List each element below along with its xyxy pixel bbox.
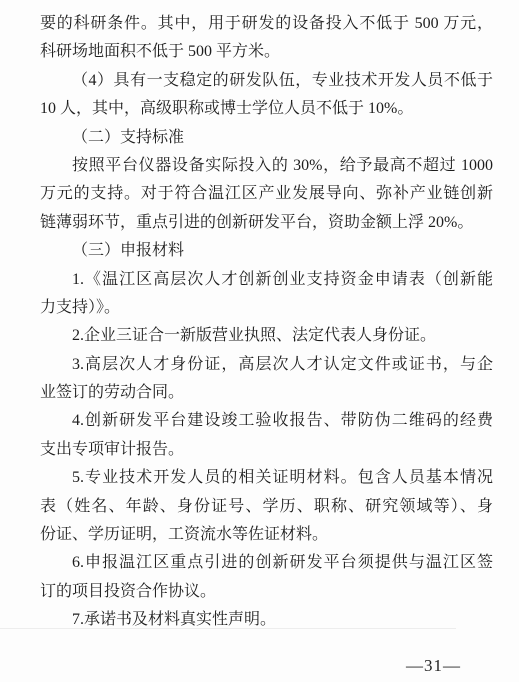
document-body: 要的科研条件。其中，用于研发的设备投入不低于 500 万元，科研场地面积不低于 …: [40, 10, 493, 635]
document-line: 要的科研条件。其中，用于研发的设备投入不低于 500 万元，: [40, 10, 493, 38]
document-line: 6.申报温江区重点引进的创新研发平台须提供与温江区签: [40, 549, 493, 577]
document-page: 要的科研条件。其中，用于研发的设备投入不低于 500 万元，科研场地面积不低于 …: [0, 0, 519, 682]
document-line: 力支持）》。: [40, 294, 493, 322]
document-line: 链薄弱环节，重点引进的创新研发平台，资助金额上浮 20%。: [40, 209, 493, 237]
document-line: 1.《温江区高层次人才创新创业支持资金申请表（创新能: [40, 266, 493, 294]
document-line: 10 人，其中，高级职称或博士学位人员不低于 10%。: [40, 95, 493, 123]
document-line: （4）具有一支稳定的研发队伍，专业技术开发人员不低于: [40, 67, 493, 95]
document-line: 4.创新研发平台建设竣工验收报告、带防伪二维码的经费: [40, 407, 493, 435]
document-line: 按照平台仪器设备实际投入的 30%，给予最高不超过 1000: [40, 152, 493, 180]
document-line: 支出专项审计报告。: [40, 436, 493, 464]
document-line: 订的项目投资合作协议。: [40, 578, 493, 606]
page-number: —31—: [406, 656, 461, 676]
document-line: 5.专业技术开发人员的相关证明材料。包含人员基本情况: [40, 464, 493, 492]
document-line: 3.高层次人才身份证，高层次人才认定文件或证书，与企: [40, 351, 493, 379]
document-line: 份证、学历证明，工资流水等佐证材料。: [40, 521, 493, 549]
document-line: （二）支持标准: [40, 124, 493, 152]
document-line: 表（姓名、年龄、身份证号、学历、职称、研究领域等）、身: [40, 493, 493, 521]
document-line: 业签订的劳动合同。: [40, 379, 493, 407]
document-line: 科研场地面积不低于 500 平方米。: [40, 38, 493, 66]
document-line: 7.承诺书及材料真实性声明。: [40, 606, 493, 634]
scan-artifact-line: [0, 628, 456, 629]
document-line: （三）申报材料: [40, 237, 493, 265]
document-line: 2.企业三证合一新版营业执照、法定代表人身份证。: [40, 322, 493, 350]
document-line: 万元的支持。对于符合温江区产业发展导向、弥补产业链创新: [40, 180, 493, 208]
